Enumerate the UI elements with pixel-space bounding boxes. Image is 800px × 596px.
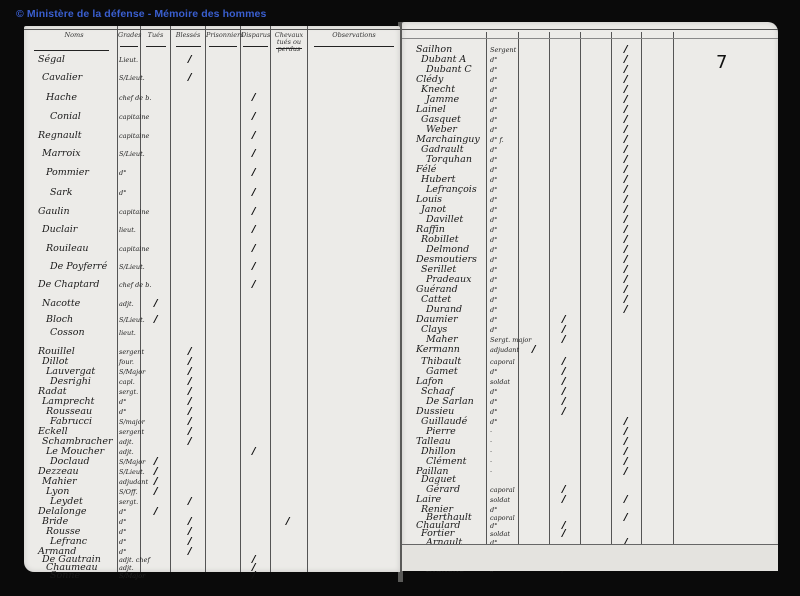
soldier-grade: d°: [490, 116, 497, 124]
register-row: De Chaptardchef de b./: [24, 279, 400, 291]
soldier-name: Marroix: [42, 148, 81, 159]
soldier-grade: d°: [119, 538, 126, 546]
register-row: Nacotteadjt./: [24, 298, 400, 310]
register-row: Sarkd°/: [24, 187, 400, 199]
soldier-grade: d°: [490, 286, 497, 294]
register-row: Bertrandcaporal/: [402, 546, 778, 558]
register-row: Duclairlieut./: [24, 224, 400, 236]
soldier-grade: d°: [490, 368, 497, 376]
tally-mark-killed: /: [154, 298, 158, 309]
soldier-grade: d°: [119, 169, 126, 177]
soldier-name: Cosson: [50, 327, 85, 338]
column-header-names: Noms: [34, 32, 114, 39]
soldier-grade: ·: [490, 428, 492, 436]
soldier-grade: sergent: [119, 428, 144, 436]
soldier-grade: d°: [119, 398, 126, 406]
soldier-grade: sergt.: [119, 498, 138, 506]
tally-mark-missing: /: [624, 546, 628, 557]
soldier-grade: capitaine: [119, 132, 149, 140]
tally-mark-missing: /: [252, 130, 256, 141]
header-bottom-rule: [402, 38, 778, 39]
soldier-grade: S/Lieut.: [119, 263, 145, 271]
tally-mark-missing: /: [624, 555, 628, 566]
soldier-grade: lieut.: [119, 226, 136, 234]
soldier-grade: d°: [490, 186, 497, 194]
copyright-watermark: © Ministère de la défense - Mémoire des …: [16, 8, 266, 20]
tally-mark-missing: /: [252, 570, 256, 581]
soldier-name: Arnault: [426, 537, 462, 548]
soldier-grade: S/Lieut.: [119, 150, 145, 158]
soldier-grade: d°: [490, 76, 497, 84]
soldier-name: Rouileau: [46, 243, 88, 254]
soldier-grade: d°: [119, 518, 126, 526]
soldier-name: Cavalier: [42, 72, 82, 83]
soldier-grade: d°: [490, 156, 497, 164]
header-underline: [176, 46, 201, 47]
soldier-grade: S/Lieut.: [119, 316, 145, 324]
register-row: Kermannadjudant/: [402, 344, 778, 356]
soldier-grade: d°: [490, 539, 497, 547]
register-row: Cossonlieut.: [24, 327, 400, 339]
soldier-grade: lieut.: [119, 329, 136, 337]
tally-mark-missing: /: [252, 167, 256, 178]
soldier-grade: d°: [490, 398, 497, 406]
tally-mark-missing: /: [252, 111, 256, 122]
soldier-grade: S/Lieut.: [119, 74, 145, 82]
right-page: 7 SailhonSergent/Dubant Ad°/Dubant Cd°/C…: [402, 22, 778, 550]
soldier-grade: soldat: [490, 496, 510, 504]
column-header-missing: Disparus: [241, 32, 270, 39]
tally-mark-killed: /: [532, 344, 536, 355]
soldier-grade: d°: [490, 566, 497, 574]
register-row: Blanched°/: [402, 564, 778, 576]
soldier-grade: d°: [490, 326, 497, 334]
soldier-grade: d°: [490, 106, 497, 114]
soldier-grade: adjt.: [119, 448, 134, 456]
register-row: Hachechef de b./: [24, 92, 400, 104]
soldier-grade: sergt.: [119, 388, 138, 396]
soldier-grade: adjt.: [119, 300, 134, 308]
soldier-grade: S/Off.: [119, 488, 138, 496]
soldier-grade: adjudant: [490, 346, 519, 354]
register-row: SégalLieut./: [24, 54, 400, 66]
soldier-grade: d°: [119, 408, 126, 416]
soldier-name: De Poyferré: [50, 261, 107, 272]
soldier-name: Nacotte: [42, 298, 80, 309]
soldier-grade: adjudant: [119, 478, 148, 486]
soldier-grade: d°: [490, 146, 497, 154]
soldier-grade: d°: [490, 316, 497, 324]
soldier-grade: d°: [490, 86, 497, 94]
tally-mark-missing: /: [624, 537, 628, 548]
register-row: Chaufind°/: [402, 555, 778, 567]
header-top-rule: [24, 29, 400, 30]
header-underline: [314, 46, 394, 47]
tally-mark-killed: /: [154, 314, 158, 325]
soldier-grade: S/major: [119, 418, 145, 426]
soldier-name: Kermann: [416, 344, 460, 355]
tally-mark-missing: /: [252, 148, 256, 159]
soldier-grade: d°: [490, 418, 497, 426]
soldier-name: Gaulin: [38, 206, 70, 217]
left-page: Noms Grades Tués Blessés Prisonniers Dis…: [24, 26, 400, 572]
register-row: CavalierS/Lieut./: [24, 72, 400, 84]
soldier-grade: d°: [490, 126, 497, 134]
soldier-grade: d°: [490, 166, 497, 174]
soldier-grade: d°: [490, 276, 497, 284]
register-row: Arnaultd°/: [402, 537, 778, 549]
header-underline: [209, 46, 237, 47]
register-row: Conialcapitaine/: [24, 111, 400, 123]
column-header-prisoners: Prisonniers: [206, 32, 240, 39]
soldier-grade: ·: [490, 458, 492, 466]
soldier-grade: capitaine: [119, 113, 149, 121]
register-row: De PoyferréS/Lieut./: [24, 261, 400, 273]
soldier-grade: soldat: [490, 378, 510, 386]
tally-mark-wounded: /: [188, 72, 192, 83]
register-row: Regnaultcapitaine/: [24, 130, 400, 142]
soldier-grade: S/Major: [119, 368, 145, 376]
header-top-rule: [402, 29, 778, 30]
header-underline: [243, 46, 268, 47]
tally-mark-wounded: /: [562, 564, 566, 575]
soldier-grade: d°: [119, 189, 126, 197]
soldier-grade: d°: [490, 216, 497, 224]
soldier-grade: d°: [119, 508, 126, 516]
soldier-grade: capl.: [119, 378, 135, 386]
soldier-grade: caporal: [490, 486, 515, 494]
soldier-grade: d°: [490, 176, 497, 184]
soldier-name: Bertrand: [416, 546, 459, 557]
soldier-name: Duclair: [42, 224, 77, 235]
soldier-grade: capitaine: [119, 245, 149, 253]
soldier-name: Pommier: [46, 167, 89, 178]
soldier-name: Sonne: [50, 570, 80, 581]
soldier-grade: d°: [490, 236, 497, 244]
soldier-grade: caporal: [490, 358, 515, 366]
soldier-grade: d°: [490, 206, 497, 214]
soldier-grade: d°: [490, 296, 497, 304]
soldier-grade: d°: [490, 408, 497, 416]
column-header-wounded: Blessés: [171, 32, 205, 39]
register-row: BlochS/Lieut./: [24, 314, 400, 326]
soldier-name: Conial: [50, 111, 81, 122]
column-header-observations: Observations: [308, 32, 400, 39]
soldier-grade: sergent: [119, 348, 144, 356]
soldier-name: Ségal: [38, 54, 65, 65]
soldier-grade: ·: [490, 448, 492, 456]
register-row: Pommierd°/: [24, 167, 400, 179]
soldier-grade: chef de b.: [119, 281, 151, 289]
soldier-grade: d°: [490, 306, 497, 314]
soldier-grade: d°: [119, 528, 126, 536]
register-row: MarroixS/Lieut./: [24, 148, 400, 160]
soldier-grade: d°: [490, 96, 497, 104]
tally-mark-missing: /: [252, 279, 256, 290]
soldier-grade: four.: [119, 358, 134, 366]
soldier-grade: chef de b.: [119, 94, 151, 102]
soldier-name: Bloch: [46, 314, 73, 325]
soldier-grade: d°: [490, 266, 497, 274]
header-underline: [120, 46, 138, 47]
soldier-grade: Sergt. major: [490, 336, 531, 344]
soldier-grade: d°: [490, 256, 497, 264]
header-underline: [34, 50, 109, 51]
register-row: Gaulincapitaine/: [24, 206, 400, 218]
soldier-grade: d°: [490, 246, 497, 254]
header-underline: [146, 46, 166, 47]
soldier-grade: d°: [490, 56, 497, 64]
soldier-grade: Sergent: [490, 46, 516, 54]
tally-mark-missing: /: [252, 261, 256, 272]
tally-mark-missing: /: [252, 243, 256, 254]
tally-mark-wounded: /: [188, 54, 192, 65]
header-underline: [276, 48, 302, 49]
soldier-grade: adjt.: [119, 438, 134, 446]
soldier-name: Chaufin: [421, 555, 459, 566]
column-header-grades: Grades: [118, 32, 140, 39]
soldier-grade: ·: [490, 438, 492, 446]
soldier-grade: d°: [490, 557, 497, 565]
soldier-grade: d°: [490, 196, 497, 204]
tally-mark-missing: /: [252, 206, 256, 217]
tally-mark-missing: /: [252, 187, 256, 198]
column-header-killed: Tués: [141, 32, 170, 39]
register-row: SonneS/Major/: [24, 570, 400, 582]
soldier-grade: capitaine: [119, 208, 149, 216]
soldier-grade: d° f.: [490, 136, 504, 144]
register-row: Rouileaucapitaine/: [24, 243, 400, 255]
tally-mark-missing: /: [252, 224, 256, 235]
soldier-grade: caporal: [490, 548, 515, 556]
soldier-name: De Chaptard: [38, 279, 100, 290]
soldier-name: Hache: [46, 92, 77, 103]
soldier-grade: d°: [490, 388, 497, 396]
soldier-grade: d°: [490, 66, 497, 74]
soldier-grade: S/Lieut.: [119, 468, 145, 476]
column-header-horses: Chevaux tués ou perdus: [271, 32, 307, 53]
soldier-name: Regnault: [38, 130, 82, 141]
soldier-name: Sark: [50, 187, 72, 198]
soldier-grade: d°: [490, 226, 497, 234]
tally-mark-missing: /: [252, 92, 256, 103]
soldier-grade: Lieut.: [119, 56, 138, 64]
soldier-grade: S/Major: [119, 458, 145, 466]
soldier-name: Blanche: [426, 564, 465, 575]
soldier-grade: S/Major: [119, 572, 145, 580]
